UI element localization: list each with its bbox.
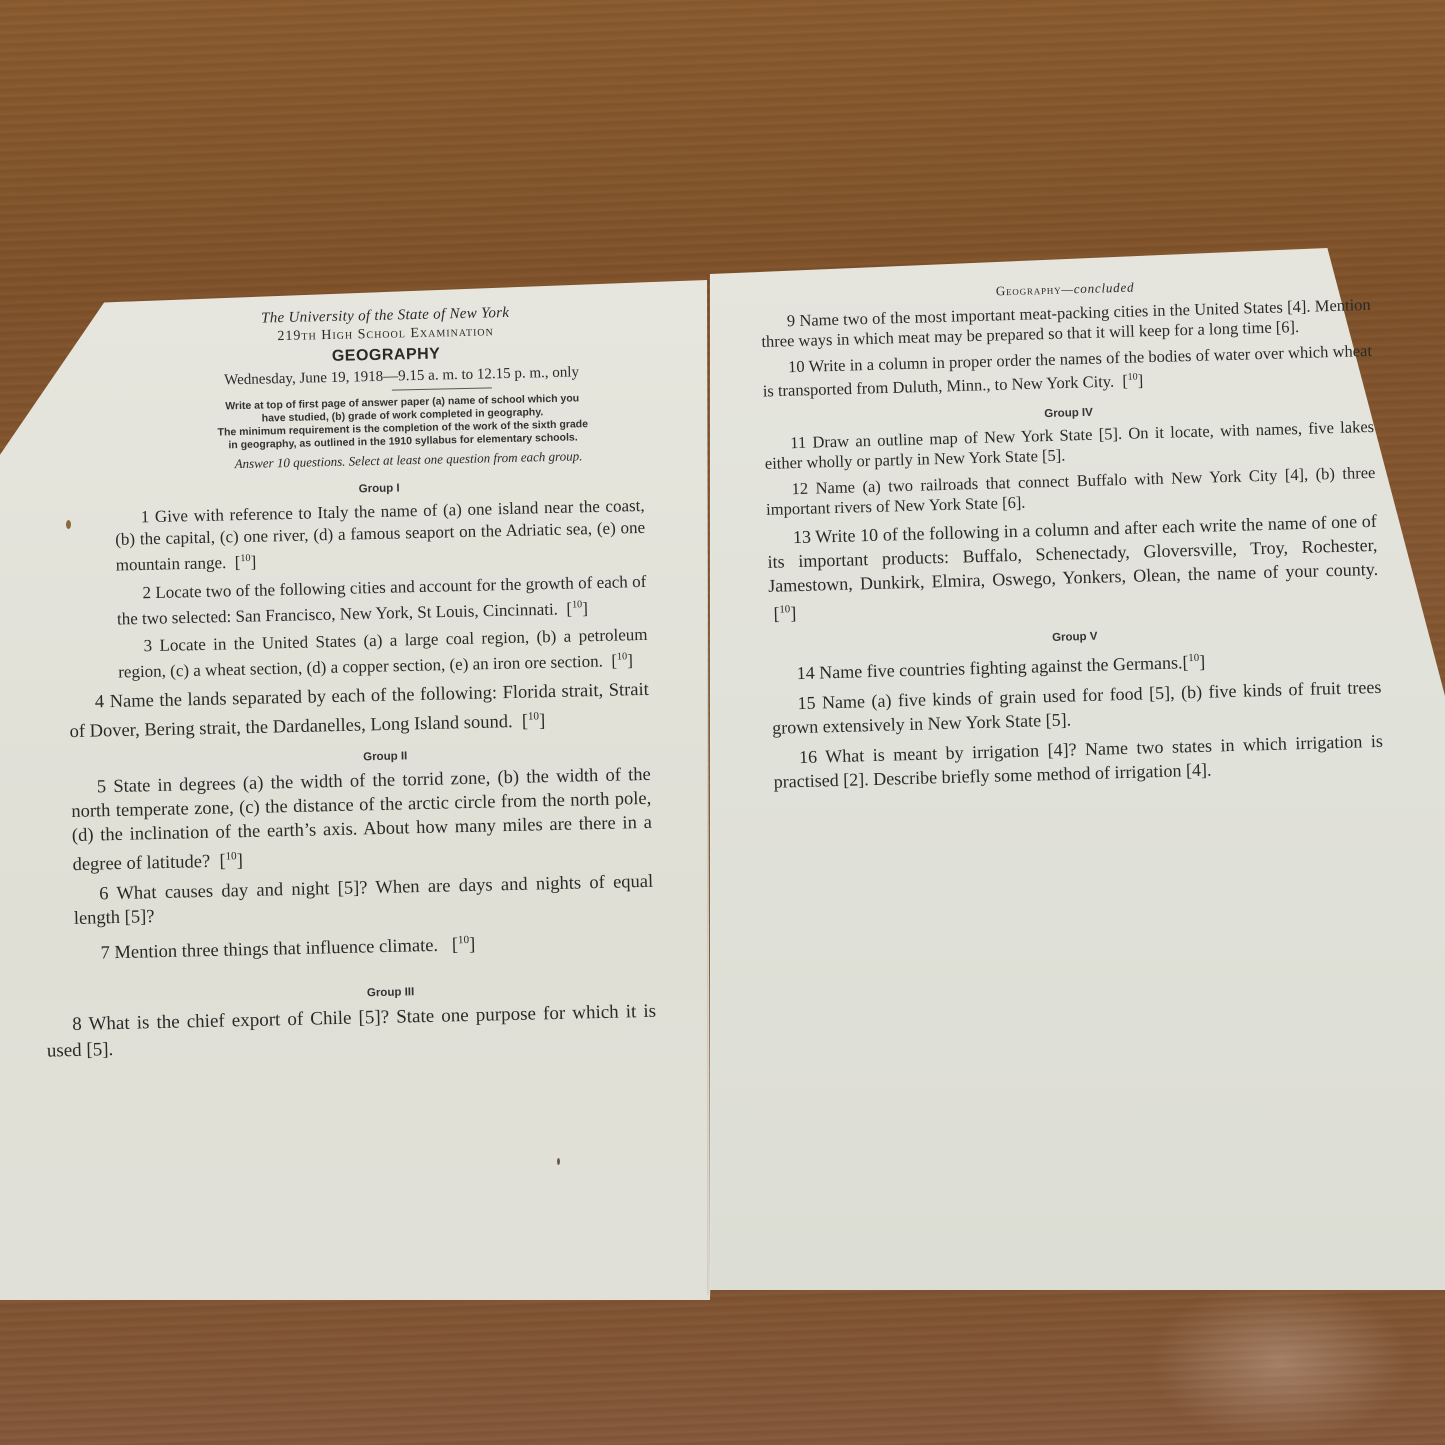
question-4: 4 Name the lands separated by each of th… [69,678,650,744]
question-15: 15 Name (a) five kinds of grain used for… [771,674,1382,739]
table-glare [1150,1280,1410,1445]
question-3: 3 Locate in the United States (a) a larg… [117,624,648,684]
question-10: 10 Write in a column in proper order the… [762,341,1373,402]
right-page-content: Geography—concluded 9 Name two of the mo… [760,273,1384,799]
question-7: 7 Mention three things that influence cl… [74,924,655,966]
left-page-content: The University of the State of New York … [20,296,657,1071]
question-2: 2 Locate two of the following cities and… [116,571,647,631]
question-8: 8 What is the chief export of Chile [5]?… [46,999,657,1065]
page-fold [707,275,711,1295]
question-6: 6 What causes day and night [5]? When ar… [73,870,654,931]
question-1: 1 Give with reference to Italy the name … [114,495,645,577]
divider [392,387,492,390]
question-16: 16 What is meant by irrigation [4]? Name… [773,728,1384,793]
question-13: 13 Write 10 of the following in a column… [767,508,1380,625]
paper-stain [557,1158,560,1165]
question-5: 5 State in degrees (a) the width of the … [71,763,653,877]
exam-directions: Write at top of first page of answer pap… [162,391,643,454]
